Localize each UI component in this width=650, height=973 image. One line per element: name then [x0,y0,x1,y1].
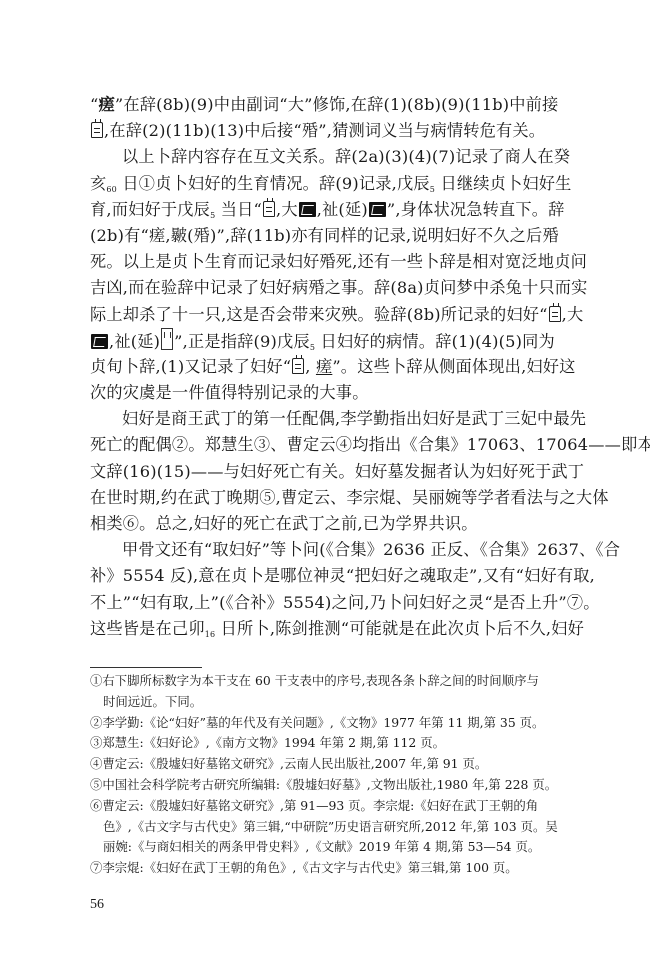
ganzhi-index-subscript: 60 [106,185,117,194]
text-run: 这些皆是在己卯 [90,619,205,638]
oracle-bone-glyph-icon [91,334,108,349]
footnote-line: 时间远近。下同。 [90,692,550,713]
footnotes: ①右下脚所标数字为本干支在 60 干支表中的序号,表现各条卜辞之间的时间顺序与时… [90,671,550,879]
text-run: , [305,357,316,376]
text-run: 当日“ [215,200,262,219]
text-run: ,大 [276,200,298,219]
text-run: 贞旬卜辞,(1)又记录了妇好“ [90,357,291,376]
underlined-character: 瘥 [316,357,332,376]
oracle-bone-glyph-icon [369,202,386,217]
text-run: 次的灾虞是一件值得特别记录的大事。 [90,383,369,402]
oracle-bone-glyph-icon [263,201,275,217]
text-run: 甲骨文还有“取妇好”等卜问(《合集》2636 正反、《合集》2637、《合 [122,540,620,559]
oracle-character-icon: 瘥 [98,95,114,114]
paragraph-line: 在世时期,约在武丁晚期⑤,曹定云、李宗焜、吴丽婉等学者看法与之大体 [90,485,545,511]
text-run: 际上却杀了十一只,这是否会带来灾殃。验辞(8b)所记录的妇好“ [90,305,548,324]
text-run: 亥 [90,174,106,193]
text-run: 日妇好的病情。辞(1)(4)(5)同为 [315,332,555,351]
footnote-separator [90,667,202,668]
oracle-bone-glyph-icon [161,328,173,350]
text-run: 以上卜辞内容存在互文关系。辞(2a)(3)(4)(7)记录了商人在癸 [122,147,570,166]
text-run: ”。这些卜辞从侧面体现出,妇好这 [332,357,575,376]
footnote-line: ②李学勤:《论“妇好”墓的年代及有关问题》,《文物》1977 年第 11 期,第… [90,713,550,734]
paragraph-line: 育,而妇好于戊辰5 当日“,大,祉(延)”,身体状况急转直下。辞 [90,197,545,223]
footnote-line: ④曹定云:《殷墟妇好墓铭文研究》,云南人民出版社,2007 年,第 91 页。 [90,754,550,775]
paragraph-line: 不上”“妇有取,上”(《合补》5554)之问,乃卜问妇好之灵“是否上升”⑦。 [90,590,545,616]
paragraph-line: 甲骨文还有“取妇好”等卜问(《合集》2636 正反、《合集》2637、《合 [90,537,545,563]
footnote-line: 丽婉:《与商妇相关的两条甲骨史料》,《文献》2019 年第 4 期,第 53—5… [90,837,550,858]
text-run: 育,而妇好于戊辰 [90,200,210,219]
text-run: 日①贞卜妇好的生育情况。辞(9)记录,戊辰 [117,174,430,193]
paragraph-line: 这些皆是在己卯16 日所卜,陈剑推测“可能就是在此次贞卜后不久,妇好 [90,616,545,642]
paragraph-line: 补》5554 反),意在贞卜是哪位神灵“把妇好之魂取走”,又有“妇好有取, [90,563,545,589]
text-run: ”在辞(8b)(9)中由副词“大”修饰,在辞(1)(8b)(9)(11b)中前接 [115,95,559,114]
paragraph-line: “瘥”在辞(8b)(9)中由副词“大”修饰,在辞(1)(8b)(9)(11b)中… [90,92,545,118]
text-run: 日继续贞卜妇好生 [435,174,571,193]
paragraph-line: 妇好是商王武丁的第一任配偶,李学勤指出妇好是武丁三妃中最先 [90,406,545,432]
text-run: ”,正是指辞(9)戊辰 [174,332,310,351]
oracle-bone-glyph-icon [299,202,316,217]
oracle-bone-glyph-icon [549,306,561,322]
paragraph-line: 死。以上是贞卜生育而记录妇好殙死,还有一些卜辞是相对宽泛地贞问 [90,249,545,275]
paragraph-line: 相类⑥。总之,妇好的死亡在武丁之前,已为学界共识。 [90,511,545,537]
text-run: 文辞(16)(15)——与妇好死亡有关。妇好墓发掘者认为妇好死于武丁 [90,462,584,481]
body-text: “瘥”在辞(8b)(9)中由副词“大”修饰,在辞(1)(8b)(9)(11b)中… [90,92,545,642]
paragraph-line: 文辞(16)(15)——与妇好死亡有关。妇好墓发掘者认为妇好死于武丁 [90,459,545,485]
text-run: (2b)有“瘥,㿺(殙)”,辞(11b)亦有同样的记录,说明妇好不久之后殙 [90,226,559,245]
text-run: 相类⑥。总之,妇好的死亡在武丁之前,已为学界共识。 [90,514,478,533]
footnote-line: ⑥曹定云:《殷墟妇好墓铭文研究》,第 91—93 页。李宗焜:《妇好在武丁王朝的… [90,796,550,817]
footnote-line: 色》,《古文字与古代史》第三辑,“中研院”历史语言研究所,2012 年,第 10… [90,817,550,838]
paragraph-line: 亥60 日①贞卜妇好的生育情况。辞(9)记录,戊辰5 日继续贞卜妇好生 [90,171,545,197]
footnote-line: ⑤中国社会科学院考古研究所编辑:《殷墟妇好墓》,文物出版社,1980 年,第 2… [90,775,550,796]
paragraph-line: 次的灾虞是一件值得特别记录的大事。 [90,380,545,406]
paragraph-line: ,祉(延)”,正是指辞(9)戊辰5 日妇好的病情。辞(1)(4)(5)同为 [90,328,545,354]
paragraph-line: 死亡的配偶②。郑慧生③、曹定云④均指出《合集》17063、17064——即本 [90,432,545,458]
footnote-line: ①右下脚所标数字为本干支在 60 干支表中的序号,表现各条卜辞之间的时间顺序与 [90,671,550,692]
footnote-line: ⑦李宗焜:《妇好在武丁王朝的角色》,《古文字与古代史》第三辑,第 100 页。 [90,858,550,879]
text-run: 不上”“妇有取,上”(《合补》5554)之问,乃卜问妇好之灵“是否上升”⑦。 [90,593,600,612]
text-run: 在世时期,约在武丁晚期⑤,曹定云、李宗焜、吴丽婉等学者看法与之大体 [90,488,609,507]
paragraph-line: 以上卜辞内容存在互文关系。辞(2a)(3)(4)(7)记录了商人在癸 [90,144,545,170]
text-run: 死。以上是贞卜生育而记录妇好殙死,还有一些卜辞是相对宽泛地贞问 [90,252,587,271]
text-run: ,在辞(2)(11b)(13)中后接“殙”,猜测词义当与病情转危有关。 [104,121,545,140]
text-run: ,祉(延) [317,200,368,219]
footnote-line: ③郑慧生:《妇好论》,《南方文物》1994 年第 2 期,第 112 页。 [90,733,550,754]
oracle-bone-glyph-icon [91,122,103,138]
paragraph-line: 吉凶,而在验辞中记录了妇好病殙之事。辞(8a)贞问梦中杀兔十只而实 [90,275,545,301]
paragraph-line: ,在辞(2)(11b)(13)中后接“殙”,猜测词义当与病情转危有关。 [90,118,545,144]
paragraph-line: 际上却杀了十一只,这是否会带来灾殃。验辞(8b)所记录的妇好“,大 [90,302,545,328]
text-run: 日所卜,陈剑推测“可能就是在此次贞卜后不久,妇好 [215,619,584,638]
paragraph-line: 贞旬卜辞,(1)又记录了妇好“, 瘥”。这些卜辞从侧面体现出,妇好这 [90,354,545,380]
page-number: 56 [90,897,104,913]
text-run: ,大 [562,305,584,324]
oracle-bone-glyph-icon [292,358,304,374]
document-page: “瘥”在辞(8b)(9)中由副词“大”修饰,在辞(1)(8b)(9)(11b)中… [0,0,650,973]
text-run: ”,身体状况急转直下。辞 [387,200,565,219]
ganzhi-index-subscript: 16 [205,630,216,639]
text-run: 吉凶,而在验辞中记录了妇好病殙之事。辞(8a)贞问梦中杀兔十只而实 [90,278,588,297]
text-run: ,祉(延) [109,332,160,351]
text-run: 死亡的配偶②。郑慧生③、曹定云④均指出《合集》17063、17064——即本 [90,435,650,454]
paragraph-line: (2b)有“瘥,㿺(殙)”,辞(11b)亦有同样的记录,说明妇好不久之后殙 [90,223,545,249]
text-run: 妇好是商王武丁的第一任配偶,李学勤指出妇好是武丁三妃中最先 [122,409,586,428]
text-run: 补》5554 反),意在贞卜是哪位神灵“把妇好之魂取走”,又有“妇好有取, [90,566,595,585]
